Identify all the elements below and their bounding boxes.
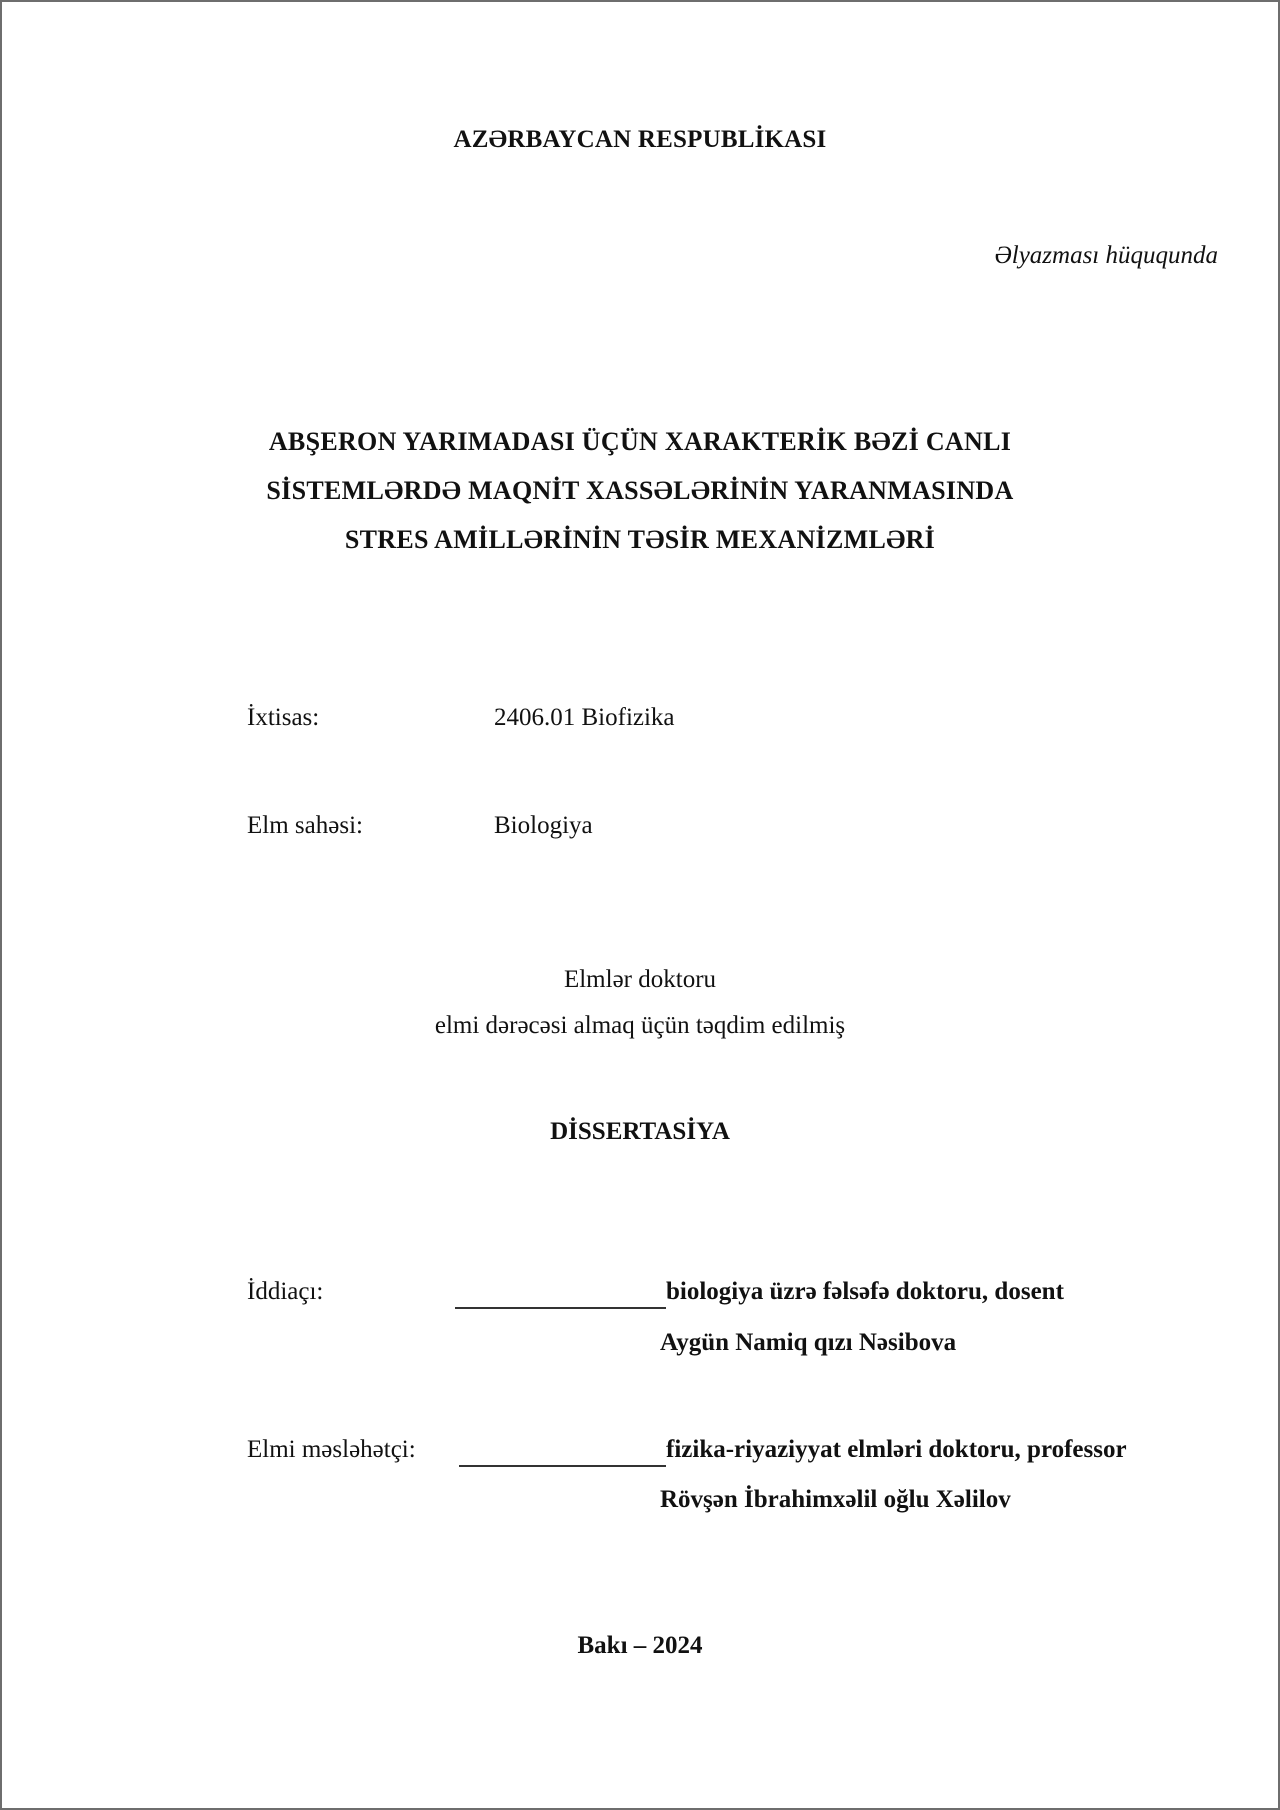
applicant-label: İddiaçı: [247, 1278, 323, 1306]
document-page: AZƏRBAYCAN RESPUBLİKASI Əlyazması hüququ… [0, 0, 1280, 1810]
degree-line-2: elmi dərəcəsi almaq üçün təqdim edilmiş [2, 1012, 1278, 1040]
manuscript-rights-note: Əlyazması hüququnda [994, 242, 1218, 270]
degree-line-1: Elmlər doktoru [2, 966, 1278, 994]
field-of-science-label: Elm sahəsi: [247, 812, 363, 840]
advisor-degree: fizika-riyaziyyat elmləri doktoru, profe… [666, 1436, 1127, 1464]
title-line-1: ABŞERON YARIMADASI ÜÇÜN XARAKTERİK BƏZİ … [2, 427, 1278, 457]
title-line-3: STRES AMİLLƏRİNİN TƏSİR MEXANİZMLƏRİ [2, 525, 1278, 555]
advisor-name: Rövşən İbrahimxəlil oğlu Xəlilov [660, 1486, 1011, 1514]
title-line-2: SİSTEMLƏRDƏ MAQNİT XASSƏLƏRİNİN YARANMAS… [2, 476, 1278, 506]
advisor-label: Elmi məsləhətçi: [247, 1436, 416, 1464]
applicant-name: Aygün Namiq qızı Nəsibova [660, 1329, 956, 1357]
document-type-heading: DİSSERTASİYA [2, 1118, 1278, 1146]
applicant-degree: biologiya üzrə fəlsəfə doktoru, dosent [666, 1278, 1064, 1306]
city-year: Bakı – 2024 [2, 1632, 1278, 1660]
advisor-signature-line [459, 1465, 666, 1467]
field-of-science-value: Biologiya [494, 812, 593, 840]
specialty-label: İxtisas: [247, 704, 319, 732]
applicant-signature-line [455, 1307, 666, 1309]
specialty-value: 2406.01 Biofizika [494, 704, 675, 732]
country-heading: AZƏRBAYCAN RESPUBLİKASI [2, 126, 1278, 154]
